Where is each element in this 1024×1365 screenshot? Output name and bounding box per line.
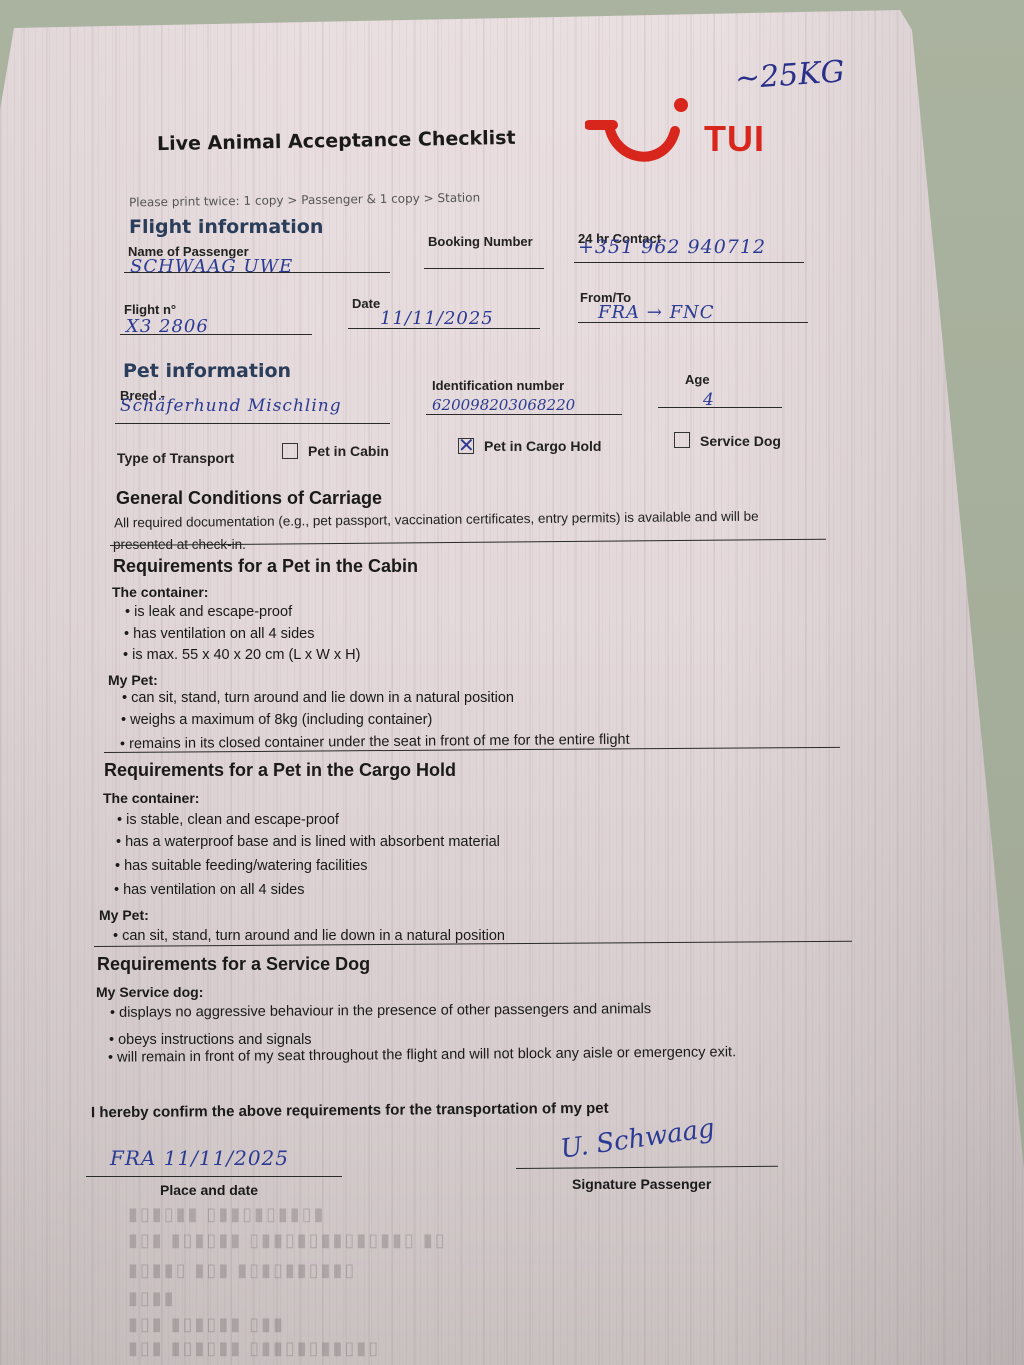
contact-24hr-field[interactable]: +351 962 940712 (578, 236, 766, 258)
pet-in-cabin-checkbox[interactable] (282, 443, 298, 459)
cargo-container-label: The container: (103, 790, 199, 806)
identification-number-label: Identification number (432, 378, 564, 393)
flight-information-heading: Flight information (129, 216, 323, 238)
cabin-container-item: has ventilation on all 4 sides (124, 626, 314, 642)
cabin-pet-item: can sit, stand, turn around and lie down… (122, 690, 514, 706)
cabin-pet-label: My Pet: (108, 672, 158, 688)
flight-number-label: Flight n° (124, 302, 176, 317)
service-dog-item: obeys instructions and signals (109, 1032, 312, 1048)
general-conditions-heading: General Conditions of Carriage (116, 488, 382, 509)
identification-number-field[interactable]: 620098203068220 (432, 396, 575, 414)
date-field[interactable]: 11/11/2025 (380, 308, 494, 329)
faded-print-artifact: ▮▯▮▮ (128, 1288, 176, 1309)
passenger-name-field[interactable]: SCHWAAG UWE (130, 256, 293, 277)
place-and-date-field[interactable]: FRA 11/11/2025 (110, 1146, 289, 1170)
cabin-container-label: The container: (112, 584, 208, 600)
cabin-container-item: is leak and escape-proof (125, 604, 292, 620)
pet-in-cargo-hold-label: Pet in Cargo Hold (484, 438, 601, 454)
service-dog-label: Service Dog (700, 433, 781, 449)
place-and-date-label: Place and date (160, 1182, 258, 1198)
faded-print-artifact: ▮▯▮ ▮▯▮▯▮▮ ▯▮▮▯▮▯▮▮▯▮▯ (128, 1338, 380, 1359)
cabin-pet-item: weighs a maximum of 8kg (including conta… (121, 712, 432, 728)
cabin-container-item: is max. 55 x 40 x 20 cm (L x W x H) (123, 647, 360, 663)
cargo-pet-label: My Pet: (99, 907, 149, 923)
cargo-pet-item: can sit, stand, turn around and lie down… (113, 928, 505, 944)
cargo-container-item: is stable, clean and escape-proof (117, 812, 339, 828)
age-label: Age (685, 372, 710, 387)
from-to-field[interactable]: FRA → FNC (598, 302, 715, 323)
service-dog-requirements-heading: Requirements for a Service Dog (97, 954, 370, 975)
breed-field[interactable]: Schäferhund Mischling (120, 396, 342, 416)
faded-print-artifact: ▮▯▮ ▮▯▮▯▮▮ ▯▮▮ (128, 1314, 285, 1335)
type-of-transport-label: Type of Transport (117, 450, 234, 466)
date-label: Date (352, 296, 380, 311)
faded-print-artifact: ▮▯▮▮▯ ▮▯▮ ▮▯▮▯▮▮▯▮▮▯ (128, 1260, 356, 1281)
faded-print-artifact: ▮▯▮ ▮▯▮▯▮▮ ▯▮▮▯▮▯▮▮▯▮▯▮▮▯ ▮▯ (128, 1230, 447, 1251)
tui-smile-logo-icon (585, 95, 695, 175)
brand-name: TUI (704, 118, 765, 160)
pet-in-cabin-label: Pet in Cabin (308, 443, 389, 459)
cargo-container-item: has suitable feeding/watering facilities (115, 858, 368, 874)
cargo-container-item: has ventilation on all 4 sides (114, 882, 304, 898)
booking-number-label: Booking Number (428, 234, 533, 249)
cargo-container-item: has a waterproof base and is lined with … (116, 834, 500, 850)
pet-information-heading: Pet information (123, 360, 291, 382)
service-dog-subheading: My Service dog: (96, 984, 203, 1000)
service-dog-checkbox[interactable] (674, 432, 690, 448)
signature-label: Signature Passenger (572, 1176, 711, 1192)
cargo-requirements-heading: Requirements for a Pet in the Cargo Hold (104, 760, 456, 781)
pet-in-cargo-hold-checkbox[interactable] (458, 438, 474, 454)
cabin-requirements-heading: Requirements for a Pet in the Cabin (113, 556, 418, 577)
faded-print-artifact: ▮▯▮▯▮▮ ▯▮▮▯▮▯▮▮▯▮ (128, 1204, 326, 1225)
